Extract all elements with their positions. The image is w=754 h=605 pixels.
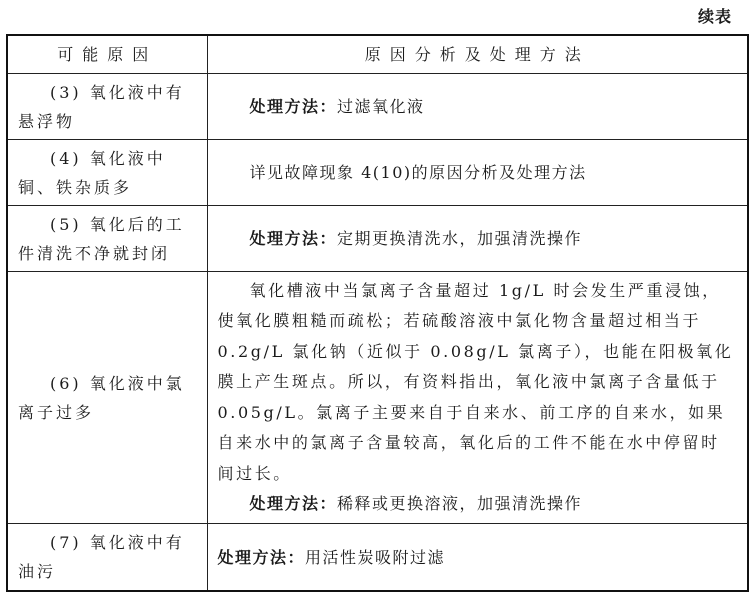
- method-label: 处理方法：: [250, 97, 338, 116]
- table-header-row: 可能原因 原因分析及处理方法: [7, 35, 748, 74]
- header-possible-cause: 可能原因: [7, 35, 207, 74]
- table-row: (6) 氧化液中氯离子过多 氧化槽液中当氯离子含量超过 1g/L 时会发生严重浸…: [7, 272, 748, 524]
- cause-cell: (3) 氧化液中有悬浮物: [7, 74, 207, 140]
- method-label: 处理方法：: [250, 229, 338, 248]
- table-row: (4) 氧化液中铜、铁杂质多 详见故障现象 4(10)的原因分析及处理方法: [7, 140, 748, 206]
- troubleshooting-table: 可能原因 原因分析及处理方法 (3) 氧化液中有悬浮物 处理方法：过滤氧化液 (…: [6, 34, 749, 592]
- method-text: 过滤氧化液: [337, 97, 425, 116]
- table-row: (5) 氧化后的工件清洗不净就封闭 处理方法：定期更换清洗水，加强清洗操作: [7, 206, 748, 272]
- cause-cell: (5) 氧化后的工件清洗不净就封闭: [7, 206, 207, 272]
- method-label: 处理方法：: [250, 494, 338, 513]
- header-analysis-method: 原因分析及处理方法: [207, 35, 748, 74]
- method-text: 定期更换清洗水，加强清洗操作: [337, 229, 582, 248]
- analysis-cell: 详见故障现象 4(10)的原因分析及处理方法: [207, 140, 748, 206]
- analysis-cell: 处理方法：过滤氧化液: [207, 74, 748, 140]
- analysis-cell: 处理方法：定期更换清洗水，加强清洗操作: [207, 206, 748, 272]
- table-row: (7) 氧化液中有油污 处理方法：用活性炭吸附过滤: [7, 524, 748, 592]
- method-text: 稀释或更换溶液，加强清洗操作: [337, 494, 582, 513]
- analysis-text: 氧化槽液中当氯离子含量超过 1g/L 时会发生严重浸蚀，使氧化膜粗糙而疏松；若硫…: [218, 276, 738, 490]
- analysis-text: 详见故障现象 4(10)的原因分析及处理方法: [218, 158, 738, 187]
- cause-cell: (7) 氧化液中有油污: [7, 524, 207, 592]
- method-label: 处理方法：: [218, 548, 306, 567]
- method-text: 用活性炭吸附过滤: [305, 548, 445, 567]
- analysis-cell: 氧化槽液中当氯离子含量超过 1g/L 时会发生严重浸蚀，使氧化膜粗糙而疏松；若硫…: [207, 272, 748, 524]
- cause-cell: (6) 氧化液中氯离子过多: [7, 272, 207, 524]
- table-continued-caption: 续表: [698, 4, 732, 27]
- cause-cell: (4) 氧化液中铜、铁杂质多: [7, 140, 207, 206]
- analysis-cell: 处理方法：用活性炭吸附过滤: [207, 524, 748, 592]
- table-row: (3) 氧化液中有悬浮物 处理方法：过滤氧化液: [7, 74, 748, 140]
